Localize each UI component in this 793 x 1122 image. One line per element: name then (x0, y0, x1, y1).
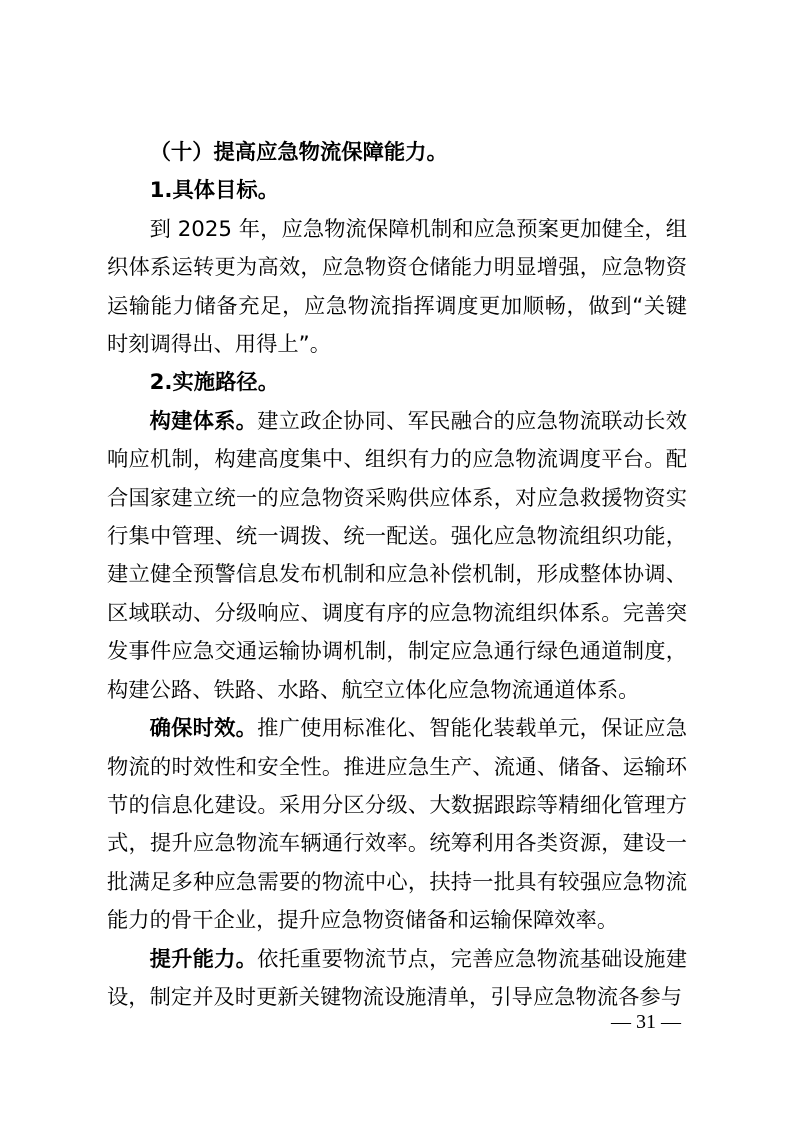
paragraph-ensure-timeliness-body: 推广使用标准化、智能化装载单元，保证应急物流的时效性和安全性。推进应急生产、流通… (107, 716, 687, 933)
paragraph-build-system-body: 建立政企协同、军民融合的应急物流联动长效响应机制，构建高度集中、组织有力的应急物… (107, 409, 687, 703)
paragraph-build-system: 构建体系。建立政企协同、军民融合的应急物流联动长效响应机制，构建高度集中、组织有… (107, 403, 687, 710)
paragraph-improve-capability-lead: 提升能力。 (150, 947, 258, 972)
paragraph-ensure-timeliness-lead: 确保时效。 (150, 716, 258, 741)
document-content: （十）提高应急物流保障能力。 1.具体目标。 到 2025 年，应急物流保障机制… (107, 134, 687, 1017)
subheading-path: 2.实施路径。 (107, 364, 687, 402)
document-page: （十）提高应急物流保障能力。 1.具体目标。 到 2025 年，应急物流保障机制… (0, 0, 793, 1122)
paragraph-ensure-timeliness: 确保时效。推广使用标准化、智能化装载单元，保证应急物流的时效性和安全性。推进应急… (107, 710, 687, 940)
paragraph-goals: 到 2025 年，应急物流保障机制和应急预案更加健全，组织体系运转更为高效，应急… (107, 211, 687, 365)
page-number: — 31 — (611, 1007, 681, 1037)
paragraph-build-system-lead: 构建体系。 (150, 409, 258, 434)
paragraph-improve-capability: 提升能力。依托重要物流节点，完善应急物流基础设施建设，制定并及时更新关键物流设施… (107, 941, 687, 1018)
subheading-goals: 1.具体目标。 (107, 172, 687, 210)
section-heading: （十）提高应急物流保障能力。 (107, 134, 687, 172)
